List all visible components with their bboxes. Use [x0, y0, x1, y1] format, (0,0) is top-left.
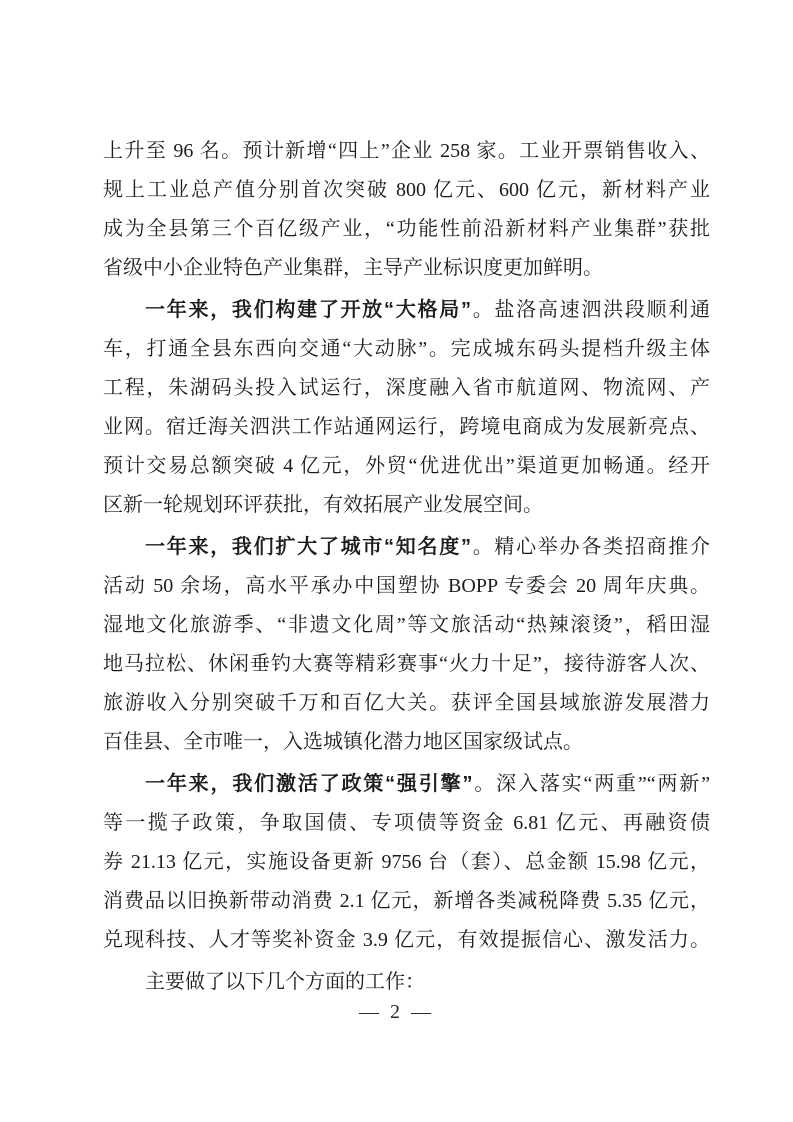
line-text: 等一揽子政策，争取国债、专项债等资金 6.81 亿元、再融资债 [103, 812, 710, 834]
line-text: 省级中小企业特色产业集群，主导产业标识度更加鲜明。 [103, 257, 603, 279]
text-line: 一年来，我们扩大了城市“知名度”。精心举办各类招商推介 [103, 528, 710, 567]
bold-lead: 一年来，我们激活了政策“强引擎” [145, 773, 473, 795]
line-text: 主要做了以下几个方面的工作： [145, 971, 425, 993]
document-body: 上升至 96 名。预计新增“四上”企业 258 家。工业开票销售收入、 规上工业… [103, 132, 710, 1002]
line-text: 工程，朱湖码头投入试运行，深度融入省市航道网、物流网、产 [103, 377, 710, 399]
paragraph-city-reputation: 一年来，我们扩大了城市“知名度”。精心举办各类招商推介 活动 50 余场，高水平… [103, 528, 710, 762]
line-text: 车，打通全县东西向交通“大动脉”。完成城东码头提档升级主体 [103, 338, 710, 360]
line-text: 业网。宿迁海关泗洪工作站通网运行，跨境电商成为发展新亮点、 [103, 416, 710, 438]
text-line: 地马拉松、休闲垂钓大赛等精彩赛事“火力十足”，接待游客人次、 [103, 645, 710, 684]
text-line: 成为全县第三个百亿级产业，“功能性前沿新材料产业集群”获批 [103, 210, 710, 249]
text-line: 省级中小企业特色产业集群，主导产业标识度更加鲜明。 [103, 249, 710, 288]
text-line: 规上工业总产值分别首次突破 800 亿元、600 亿元，新材料产业 [103, 171, 710, 210]
line-text: 消费品以旧换新带动消费 2.1 亿元，新增各类减税降费 5.35 亿元， [103, 890, 710, 912]
text-line: 百佳县、全市唯一，入选城镇化潜力地区国家级试点。 [103, 723, 710, 762]
line-text: 。精心举办各类招商推介 [471, 536, 710, 558]
page-number: — 2 — [0, 1001, 793, 1024]
paragraph-policy-engine: 一年来，我们激活了政策“强引擎”。深入落实“两重”“两新” 等一揽子政策，争取国… [103, 765, 710, 960]
text-line: 车，打通全县东西向交通“大动脉”。完成城东码头提档升级主体 [103, 330, 710, 369]
text-line: 预计交易总额突破 4 亿元，外贸“优进优出”渠道更加畅通。经开 [103, 447, 710, 486]
text-line: 业网。宿迁海关泗洪工作站通网运行，跨境电商成为发展新亮点、 [103, 408, 710, 447]
line-text: 上升至 96 名。预计新增“四上”企业 258 家。工业开票销售收入、 [103, 140, 710, 162]
text-line: 区新一轮规划环评获批，有效拓展产业发展空间。 [103, 486, 710, 525]
text-line: 湿地文化旅游季、“非遗文化周”等文旅活动“热辣滚烫”，稻田湿 [103, 606, 710, 645]
line-text: 旅游收入分别突破千万和百亿大关。获评全国县域旅游发展潜力 [103, 692, 710, 714]
line-text: 百佳县、全市唯一，入选城镇化潜力地区国家级试点。 [103, 731, 583, 753]
line-text: 成为全县第三个百亿级产业，“功能性前沿新材料产业集群”获批 [103, 218, 710, 240]
line-text: 湿地文化旅游季、“非遗文化周”等文旅活动“热辣滚烫”，稻田湿 [103, 614, 710, 636]
text-line: 上升至 96 名。预计新增“四上”企业 258 家。工业开票销售收入、 [103, 132, 710, 171]
text-line: 消费品以旧换新带动消费 2.1 亿元，新增各类减税降费 5.35 亿元， [103, 882, 710, 921]
line-text: 规上工业总产值分别首次突破 800 亿元、600 亿元，新材料产业 [103, 179, 710, 201]
paragraph-transition: 主要做了以下几个方面的工作： [103, 963, 710, 1002]
document-page: 上升至 96 名。预计新增“四上”企业 258 家。工业开票销售收入、 规上工业… [0, 0, 793, 1122]
text-line: 一年来，我们激活了政策“强引擎”。深入落实“两重”“两新” [103, 765, 710, 804]
line-text: 地马拉松、休闲垂钓大赛等精彩赛事“火力十足”，接待游客人次、 [103, 653, 710, 675]
text-line: 旅游收入分别突破千万和百亿大关。获评全国县域旅游发展潜力 [103, 684, 710, 723]
line-text: 。深入落实“两重”“两新” [473, 773, 711, 795]
bold-lead: 一年来，我们构建了开放“大格局” [145, 299, 471, 321]
text-line: 等一揽子政策，争取国债、专项债等资金 6.81 亿元、再融资债 [103, 804, 710, 843]
bold-lead: 一年来，我们扩大了城市“知名度” [145, 536, 471, 558]
line-text: 区新一轮规划环评获批，有效拓展产业发展空间。 [103, 494, 543, 516]
text-line: 兑现科技、人才等奖补资金 3.9 亿元，有效提振信心、激发活力。 [103, 921, 710, 960]
paragraph-openness: 一年来，我们构建了开放“大格局”。盐洛高速泗洪段顺利通 车，打通全县东西向交通“… [103, 291, 710, 525]
text-line: 一年来，我们构建了开放“大格局”。盐洛高速泗洪段顺利通 [103, 291, 710, 330]
text-line: 券 21.13 亿元，实施设备更新 9756 台（套）、总金额 15.98 亿元… [103, 843, 710, 882]
line-text: 预计交易总额突破 4 亿元，外贸“优进优出”渠道更加畅通。经开 [103, 455, 710, 477]
line-text: 券 21.13 亿元，实施设备更新 9756 台（套）、总金额 15.98 亿元… [103, 851, 710, 873]
line-text: 。盐洛高速泗洪段顺利通 [471, 299, 710, 321]
line-text: 活动 50 余场，高水平承办中国塑协 BOPP 专委会 20 周年庆典。 [103, 575, 710, 597]
text-line: 活动 50 余场，高水平承办中国塑协 BOPP 专委会 20 周年庆典。 [103, 567, 710, 606]
paragraph-industry-growth: 上升至 96 名。预计新增“四上”企业 258 家。工业开票销售收入、 规上工业… [103, 132, 710, 288]
line-text: 兑现科技、人才等奖补资金 3.9 亿元，有效提振信心、激发活力。 [103, 929, 710, 951]
text-line: 工程，朱湖码头投入试运行，深度融入省市航道网、物流网、产 [103, 369, 710, 408]
text-line: 主要做了以下几个方面的工作： [103, 963, 710, 1002]
